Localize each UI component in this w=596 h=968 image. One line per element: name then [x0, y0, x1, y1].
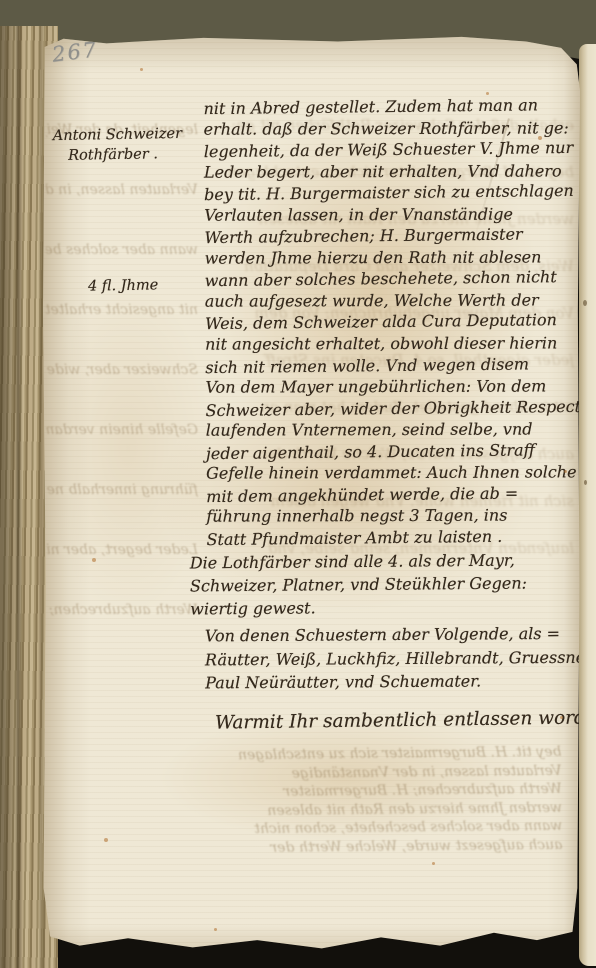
body-paragraph-3: Von denen Schuestern aber Volgende, als …: [205, 622, 596, 695]
foxing-speck: [560, 716, 563, 719]
margin-note-line: Antoni Schweizer: [53, 125, 182, 147]
body-line: Die Lothfärber sind alle 4. als der Mayr…: [190, 549, 527, 575]
body-line: Verlauten lassen, in der Vnanständige: [204, 203, 580, 226]
body-paragraph-2: Die Lothfärber sind alle 4. als der Mayr…: [190, 549, 528, 621]
body-line: führung innerhalb negst 3 Tagen, ins: [206, 505, 582, 528]
bleedthrough-left-margin: legenheit, da der Weiß Schuester V. Jhme…: [46, 100, 198, 640]
body-line: Schweizer, Platner, vnd Steükhler Gegen:: [190, 572, 527, 598]
body-line: Von denen Schuestern aber Volgende, als …: [205, 622, 596, 648]
body-line: Räutter, Weiß, Luckhfiz, Hillebrandt, Gr…: [205, 645, 596, 671]
body-paragraph-1: nit in Abred gestellet. Zudem hat man an…: [203, 95, 582, 550]
closing-line: Warmit Ihr sambentlich entlassen word .: [215, 707, 596, 733]
body-line: wann aber solches beschehete, schon nich…: [205, 266, 581, 292]
ink-mark: [583, 300, 587, 306]
margin-note-line: Rothfärber .: [53, 144, 182, 166]
body-line: Werth aufzubrechen; H. Burgermaister: [204, 223, 580, 249]
ink-mark: [584, 480, 587, 485]
body-line: Weis, dem Schweizer alda Cura Deputation: [205, 309, 581, 335]
foxing-speck: [92, 558, 96, 562]
body-line: nit angesicht erhaltet, obwohl dieser hi…: [205, 332, 581, 355]
body-line: Leder begert, aber nit erhalten, Vnd dah…: [204, 160, 580, 183]
body-line: legenheit, da der Weiß Schuester V. Jhme…: [204, 137, 580, 163]
foxing-speck: [432, 862, 435, 865]
foxing-speck: [538, 136, 542, 140]
body-line: Gefelle hinein verdammet: Auch Ihnen sol…: [206, 462, 582, 485]
margin-note-writer: Antoni Schweizer Rothfärber .: [53, 125, 183, 166]
body-line: erhalt. daß der Schweizer Rothfärber, ni…: [204, 117, 580, 140]
foxing-speck: [140, 68, 143, 71]
body-line: Statt Pfundmaister Ambt zu laisten .: [206, 525, 582, 551]
body-line: Von dem Mayer ungebührlichen: Von dem: [205, 375, 581, 398]
foxing-speck: [486, 92, 489, 95]
facing-page-sliver: [579, 44, 596, 966]
body-line: wiertig gewest.: [190, 595, 527, 621]
foxing-speck: [564, 470, 567, 473]
body-line: nit in Abred gestellet. Zudem hat man an: [203, 94, 579, 120]
margin-note-amount: 4 fl. Jhme: [88, 277, 158, 294]
body-line: Schweizer aber, wider der Obrigkheit Res…: [205, 396, 581, 422]
body-line: bey tit. H. Burgermaister sich zu entsch…: [204, 180, 580, 206]
body-line: Paul Neüräutter, vnd Schuemater.: [205, 669, 596, 695]
body-line: laufenden Vnternemen, seind selbe, vnd: [206, 419, 582, 442]
foxing-speck: [104, 838, 108, 842]
manuscript-page: legenheit, da der Weiß Schuester V. Jhme…: [42, 36, 580, 952]
body-line: sich nit riemen wolle. Vnd wegen disem: [205, 352, 581, 378]
foxing-speck: [214, 928, 217, 931]
manuscript-scan: legenheit, da der Weiß Schuester V. Jhme…: [0, 0, 596, 968]
bleedthrough-bottom: bey tit. H. Burgermaister sich zu entsch…: [161, 743, 562, 858]
